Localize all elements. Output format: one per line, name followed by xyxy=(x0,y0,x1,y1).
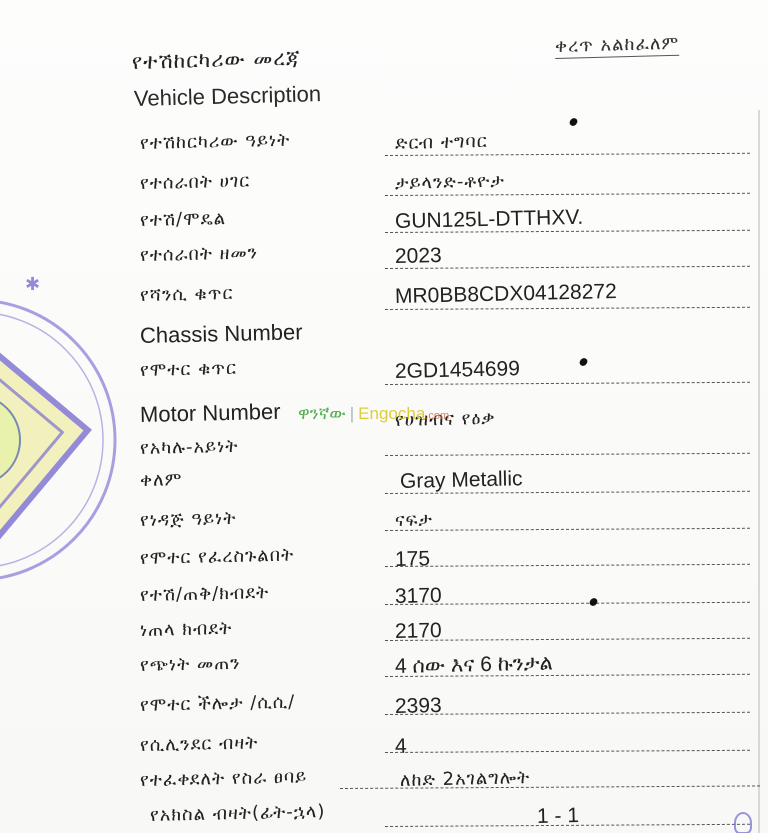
field-label: የተሽ/ጠቅ/ክብደት xyxy=(140,582,270,606)
field-row: የተሽከርካሪው ዓይነትድርብ ተግባር xyxy=(0,133,768,169)
duty-status-note: ቀረጥ አልከፈለም xyxy=(555,33,680,59)
field-value: ናፍታ xyxy=(395,509,433,531)
ink-spot-icon xyxy=(568,117,578,127)
watermark-amharic: ዋንኛው xyxy=(298,404,346,423)
document-title-amharic: የተሽከርካሪው መረጃ xyxy=(132,46,301,75)
field-value: 3170 xyxy=(395,584,442,609)
field-label: የነዳጅ ዓይነት xyxy=(140,508,237,531)
field-value: 4 xyxy=(395,735,407,759)
watermark-separator: | xyxy=(350,404,354,423)
field-label: የሞተር የፈረስጉልበት xyxy=(140,545,295,569)
field-label: የሲሊንደር ብዛት xyxy=(140,732,259,756)
field-row: የአካሉ-አይነት xyxy=(0,438,768,474)
field-row: የተሰራበት ሀገርታይላንድ-ቶዮታ xyxy=(0,173,768,209)
field-label: የተሽከርካሪው ዓይነት xyxy=(140,130,291,154)
watermark-brand: Engocha xyxy=(358,404,425,423)
field-label: የተሰራበት ዘመን xyxy=(140,242,259,266)
field-value: GUN125L-DTTHXV. xyxy=(395,206,584,234)
field-value: ታይላንድ-ቶዮታ xyxy=(395,171,505,194)
field-label: የሞተር ችሎታ /ሲሲ/ xyxy=(140,691,296,716)
field-row: የአክስል ብዛት(ፊት-ኋላ)1 - 1 xyxy=(0,805,768,833)
field-label: የተሰራበት ሀገር xyxy=(140,171,251,194)
field-row: የጭነት መጠን4 ሰው እና 6 ኩንታል xyxy=(0,655,768,691)
field-row: Chassis Number xyxy=(0,323,768,359)
field-row: የሞተር ቁጥር2GD1454699 xyxy=(0,360,768,396)
field-row: የተሰራበት ዘመን2023 xyxy=(0,245,768,281)
field-value: 2GD1454699 xyxy=(395,357,520,384)
field-label: የጭነት መጠን xyxy=(140,653,241,676)
field-label: የሻንሲ ቁጥር xyxy=(140,283,234,306)
field-label: Motor Number xyxy=(140,399,281,428)
field-label: የአክስል ብዛት(ፊት-ኋላ) xyxy=(150,801,326,826)
vehicle-document-page: ✱ የተሽከርካሪው መረጃ Vehicle Description ቀረጥ አ… xyxy=(0,0,768,833)
watermark-suffix: .com xyxy=(425,410,449,422)
field-value: ድርብ ተግባር xyxy=(395,131,488,154)
field-value: 2023 xyxy=(395,244,442,269)
field-label: ነጠላ ክብደት xyxy=(140,618,233,641)
field-label: Chassis Number xyxy=(140,319,303,349)
field-value: 2393 xyxy=(395,694,442,719)
field-row: የሲሊንደር ብዛት4 xyxy=(0,735,768,771)
field-value: Gray Metallic xyxy=(400,467,523,494)
field-label: የተፈቀደለት የስራ ፀባይ xyxy=(140,766,308,791)
field-row: የተሽ/ሞዴልGUN125L-DTTHXV. xyxy=(0,210,768,246)
document-title-english: Vehicle Description xyxy=(134,81,322,112)
field-label: የአካሉ-አይነት xyxy=(140,436,239,459)
field-label: የተሽ/ሞዴል xyxy=(140,208,227,231)
field-row: የሻንሲ ቁጥርMR0BB8CDX04128272 xyxy=(0,285,768,321)
field-value: MR0BB8CDX04128272 xyxy=(395,280,617,309)
field-label: የሞተር ቁጥር xyxy=(140,358,237,381)
field-row: ቀለምGray Metallic xyxy=(0,470,768,506)
signature-mark-icon xyxy=(734,812,752,833)
field-label: ቀለም xyxy=(140,469,183,491)
engocha-watermark: ዋንኛው|Engocha.com xyxy=(298,404,449,424)
field-value: 175 xyxy=(395,547,431,572)
